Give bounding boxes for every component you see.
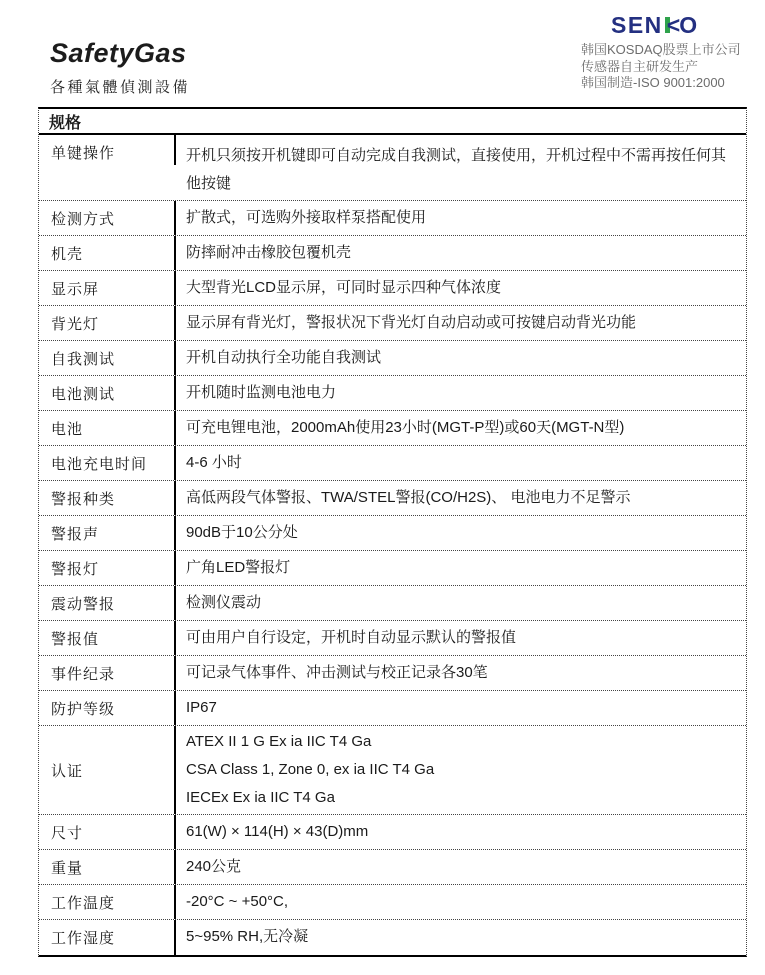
spec-label: 电池 <box>39 411 176 445</box>
spec-row: 事件纪录可记录气体事件、冲击测试与校正记录各30笔 <box>39 656 746 691</box>
spec-value: 61(W) × 114(H) × 43(D)mm <box>176 815 746 849</box>
table-header: 规格 <box>39 109 746 135</box>
spec-value: 防摔耐冲击橡胶包覆机壳 <box>176 236 746 270</box>
company-line: 韩国制造-ISO 9001:2000 <box>581 75 747 92</box>
spec-label: 检测方式 <box>39 201 176 235</box>
spec-value: 可由用户自行设定，开机时自动显示默认的警报值 <box>176 621 746 655</box>
spec-label: 认证 <box>39 726 176 814</box>
spec-label: 震动警报 <box>39 586 176 620</box>
spec-value: 检测仪震动 <box>176 586 746 620</box>
spec-label: 机壳 <box>39 236 176 270</box>
spec-row: 显示屏大型背光LCD显示屏，可同时显示四种气体浓度 <box>39 271 746 306</box>
spec-value: 高低两段气体警报、TWA/STEL警报(CO/H2S)、 电池电力不足警示 <box>176 481 746 515</box>
spec-table: 规格 单键操作开机只须按开机键即可自动完成自我测试，直接使用，开机过程中不需再按… <box>38 107 747 957</box>
company-description: 韩国KOSDAQ股票上市公司 传感器自主研发生产 韩国制造-ISO 9001:2… <box>581 42 747 92</box>
brand-subtitle: 各種氣體偵測設備 <box>50 76 190 97</box>
spec-value: 大型背光LCD显示屏，可同时显示四种气体浓度 <box>176 271 746 305</box>
senko-logo-text-o: O <box>679 14 698 37</box>
spec-row: 工作温度-20°C ~ +50°C, <box>39 885 746 920</box>
spec-row: 检测方式扩散式，可选购外接取样泵搭配使用 <box>39 201 746 236</box>
spec-row: 重量240公克 <box>39 850 746 885</box>
spec-row: 警报种类高低两段气体警报、TWA/STEL警报(CO/H2S)、 电池电力不足警… <box>39 481 746 516</box>
spec-row: 认证ATEX II 1 G Ex ia IIC T4 GaCSA Class 1… <box>39 726 746 815</box>
brand-block: SafetyGas 各種氣體偵測設備 <box>50 38 190 97</box>
spec-label: 工作温度 <box>39 885 176 919</box>
spec-value: 4-6 小时 <box>176 446 746 480</box>
spec-label: 工作湿度 <box>39 920 176 955</box>
certification-line: ATEX II 1 G Ex ia IIC T4 Ga <box>186 728 371 756</box>
spec-row: 电池测试开机随时监测电池电力 <box>39 376 746 411</box>
spec-label: 电池测试 <box>39 376 176 410</box>
senko-logo: SEN < O <box>611 13 747 37</box>
spec-value: 扩散式，可选购外接取样泵搭配使用 <box>176 201 746 235</box>
spec-label: 警报灯 <box>39 551 176 585</box>
spec-label: 事件纪录 <box>39 656 176 690</box>
spec-row: 机壳防摔耐冲击橡胶包覆机壳 <box>39 236 746 271</box>
spec-row: 工作湿度5~95% RH,无冷凝 <box>39 920 746 955</box>
spec-label: 警报声 <box>39 516 176 550</box>
spec-label: 尺寸 <box>39 815 176 849</box>
spec-label: 警报种类 <box>39 481 176 515</box>
spec-row: 尺寸61(W) × 114(H) × 43(D)mm <box>39 815 746 850</box>
spec-value: 开机自动执行全功能自我测试 <box>176 341 746 375</box>
spec-value: 显示屏有背光灯，警报状况下背光灯自动启动或可按键启动背光功能 <box>176 306 746 340</box>
spec-label: 单键操作 <box>39 135 176 165</box>
spec-value: 240公克 <box>176 850 746 884</box>
spec-label: 电池充电时间 <box>39 446 176 480</box>
certification-line: IECEx Ex ia IIC T4 Ga <box>186 784 335 812</box>
certification-line: CSA Class 1, Zone 0, ex ia IIC T4 Ga <box>186 756 434 784</box>
spec-row: 震动警报检测仪震动 <box>39 586 746 621</box>
company-block: SEN < O 韩国KOSDAQ股票上市公司 传感器自主研发生产 韩国制造-IS… <box>581 13 747 92</box>
company-line: 传感器自主研发生产 <box>581 59 747 76</box>
page-title: SafetyGas <box>50 38 190 69</box>
spec-rows: 单键操作开机只须按开机键即可自动完成自我测试，直接使用，开机过程中不需再按任何其… <box>39 135 746 955</box>
senko-logo-text-sen: SEN <box>611 14 663 37</box>
company-line: 韩国KOSDAQ股票上市公司 <box>581 42 747 59</box>
spec-row: 电池充电时间4-6 小时 <box>39 446 746 481</box>
spec-value: 可记录气体事件、冲击测试与校正记录各30笔 <box>176 656 746 690</box>
senko-k-arms: < <box>667 14 680 37</box>
spec-value: 开机只须按开机键即可自动完成自我测试，直接使用，开机过程中不需再按任何其他按键 <box>176 135 746 200</box>
spec-value: 开机随时监测电池电力 <box>176 376 746 410</box>
spec-row: 警报灯广角LED警报灯 <box>39 551 746 586</box>
spec-value: -20°C ~ +50°C, <box>176 885 746 919</box>
spec-label: 显示屏 <box>39 271 176 305</box>
spec-value: ATEX II 1 G Ex ia IIC T4 GaCSA Class 1, … <box>176 726 746 814</box>
spec-row: 电池可充电锂电池，2000mAh使用23小时(MGT-P型)或60天(MGT-N… <box>39 411 746 446</box>
spec-row: 防护等级IP67 <box>39 691 746 726</box>
spec-row: 警报值可由用户自行设定，开机时自动显示默认的警报值 <box>39 621 746 656</box>
spec-row: 自我测试开机自动执行全功能自我测试 <box>39 341 746 376</box>
spec-label: 警报值 <box>39 621 176 655</box>
spec-value: 广角LED警报灯 <box>176 551 746 585</box>
spec-row: 单键操作开机只须按开机键即可自动完成自我测试，直接使用，开机过程中不需再按任何其… <box>39 135 746 201</box>
spec-value: IP67 <box>176 691 746 725</box>
spec-value: 可充电锂电池，2000mAh使用23小时(MGT-P型)或60天(MGT-N型) <box>176 411 746 445</box>
spec-label: 重量 <box>39 850 176 884</box>
spec-label: 背光灯 <box>39 306 176 340</box>
spec-label: 自我测试 <box>39 341 176 375</box>
spec-value: 5~95% RH,无冷凝 <box>176 920 746 955</box>
spec-row: 背光灯显示屏有背光灯，警报状况下背光灯自动启动或可按键启动背光功能 <box>39 306 746 341</box>
spec-value: 90dB于10公分处 <box>176 516 746 550</box>
spec-row: 警报声90dB于10公分处 <box>39 516 746 551</box>
spec-label: 防护等级 <box>39 691 176 725</box>
